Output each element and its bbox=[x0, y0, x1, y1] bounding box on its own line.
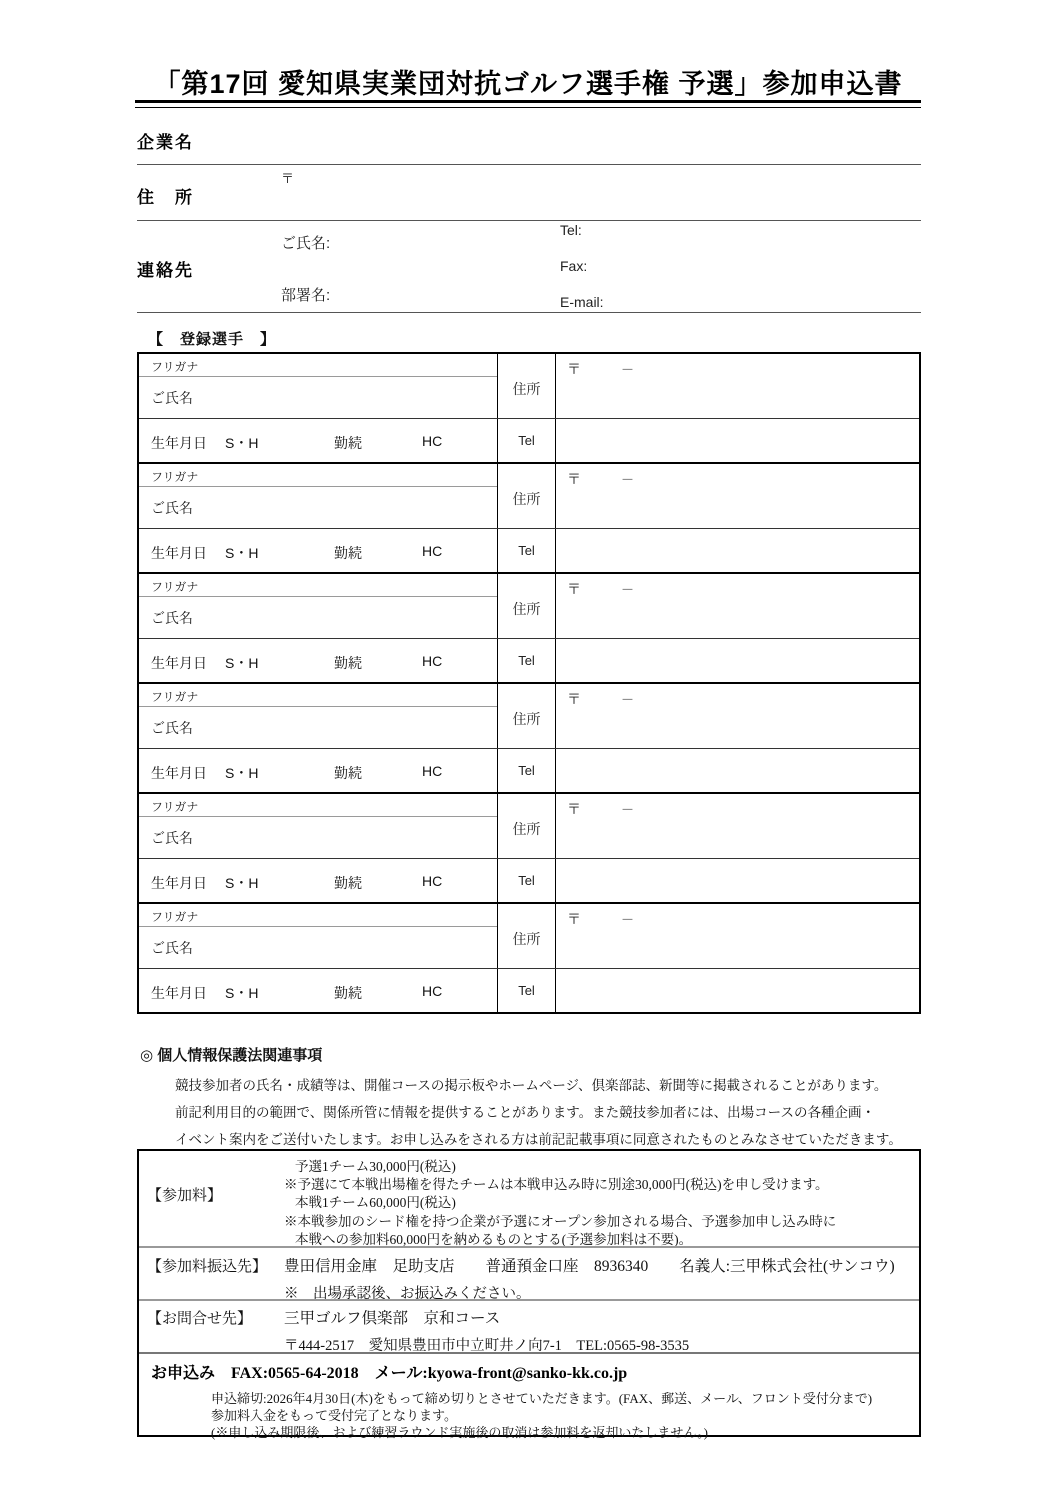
company-address-field[interactable] bbox=[300, 168, 915, 216]
player-tel-field[interactable] bbox=[559, 420, 917, 460]
birthdate-label: 生年月日 bbox=[151, 653, 207, 673]
player-address-label: 住所 bbox=[497, 599, 556, 619]
furigana-field[interactable] bbox=[224, 574, 496, 596]
player-name-label: ご氏名 bbox=[151, 938, 193, 958]
row-divider bbox=[139, 748, 919, 749]
service-years-field[interactable] bbox=[371, 640, 419, 680]
player-address-field[interactable] bbox=[559, 464, 917, 526]
privacy-line: 前記利用目的の範囲で、関係所管に情報を提供することがあります。また競技参加者には… bbox=[175, 1101, 875, 1121]
era-label: S・H bbox=[225, 983, 258, 1003]
birthdate-field[interactable] bbox=[259, 860, 329, 900]
furigana-field[interactable] bbox=[224, 464, 496, 486]
player-name-field[interactable] bbox=[224, 378, 496, 416]
transfer-label: 【参加料振込先】 bbox=[147, 1255, 267, 1276]
furigana-row-divider bbox=[139, 486, 497, 487]
handicap-field[interactable] bbox=[449, 530, 495, 570]
birthdate-field[interactable] bbox=[259, 530, 329, 570]
furigana-label: フリガナ bbox=[151, 908, 198, 925]
row-divider bbox=[139, 528, 919, 529]
service-years-field[interactable] bbox=[371, 420, 419, 460]
furigana-label: フリガナ bbox=[151, 358, 198, 375]
application-form-page: 「第17回 愛知県実業団対抗ゴルフ選手権 予選」参加申込書 企業名 住 所 〒 … bbox=[0, 0, 1058, 1497]
player-tel-field[interactable] bbox=[559, 970, 917, 1010]
row-divider bbox=[139, 968, 919, 969]
service-years-label: 勤続 bbox=[334, 433, 362, 453]
player-address-label: 住所 bbox=[497, 489, 556, 509]
service-years-field[interactable] bbox=[371, 750, 419, 790]
handicap-label: HC bbox=[422, 543, 442, 559]
handicap-field[interactable] bbox=[449, 860, 495, 900]
player-block: フリガナ ご氏名 生年月日 S・H 勤続 HC 住所 Tel 〒 － bbox=[139, 684, 919, 794]
company-postal-mark: 〒 bbox=[281, 168, 294, 187]
player-name-field[interactable] bbox=[224, 818, 496, 856]
player-name-field[interactable] bbox=[224, 598, 496, 636]
privacy-heading: ◎ 個人情報保護法関連事項 bbox=[140, 1044, 322, 1065]
furigana-field[interactable] bbox=[224, 904, 496, 926]
row-divider bbox=[139, 858, 919, 859]
player-tel-field[interactable] bbox=[559, 530, 917, 570]
player-name-label: ご氏名 bbox=[151, 608, 193, 628]
player-address-field[interactable] bbox=[559, 354, 917, 416]
era-label: S・H bbox=[225, 873, 258, 893]
player-address-field[interactable] bbox=[559, 794, 917, 856]
furigana-row-divider bbox=[139, 706, 497, 707]
contact-fax-label: Fax: bbox=[560, 258, 587, 274]
furigana-row-divider bbox=[139, 816, 497, 817]
fee-label: 【参加料】 bbox=[147, 1184, 222, 1205]
birthdate-label: 生年月日 bbox=[151, 543, 207, 563]
players-section-heading: 【 登録選手 】 bbox=[148, 328, 276, 349]
player-tel-field[interactable] bbox=[559, 750, 917, 790]
furigana-field[interactable] bbox=[224, 794, 496, 816]
birthdate-field[interactable] bbox=[259, 750, 329, 790]
handicap-field[interactable] bbox=[449, 420, 495, 460]
handicap-field[interactable] bbox=[449, 750, 495, 790]
birthdate-label: 生年月日 bbox=[151, 873, 207, 893]
handicap-label: HC bbox=[422, 433, 442, 449]
contact-tel-label: Tel: bbox=[560, 222, 582, 238]
era-label: S・H bbox=[225, 763, 258, 783]
contact-tel-field[interactable] bbox=[600, 220, 900, 242]
player-tel-label: Tel bbox=[497, 763, 556, 778]
player-block: フリガナ ご氏名 生年月日 S・H 勤続 HC 住所 Tel 〒 － bbox=[139, 574, 919, 684]
era-label: S・H bbox=[225, 543, 258, 563]
service-years-field[interactable] bbox=[371, 970, 419, 1010]
player-name-label: ご氏名 bbox=[151, 828, 193, 848]
birthdate-field[interactable] bbox=[259, 970, 329, 1010]
player-address-field[interactable] bbox=[559, 684, 917, 746]
player-name-field[interactable] bbox=[224, 488, 496, 526]
company-address-label: 住 所 bbox=[137, 183, 194, 208]
furigana-row-divider bbox=[139, 926, 497, 927]
contact-name-field[interactable] bbox=[345, 230, 535, 254]
birthdate-label: 生年月日 bbox=[151, 983, 207, 1003]
fee-line: 予選1チーム30,000円(税込) bbox=[295, 1155, 456, 1175]
page-title: 「第17回 愛知県実業団対抗ゴルフ選手権 予選」参加申込書 bbox=[135, 62, 921, 101]
service-years-label: 勤続 bbox=[334, 653, 362, 673]
handicap-field[interactable] bbox=[449, 640, 495, 680]
contact-email-field[interactable] bbox=[620, 292, 900, 314]
service-years-field[interactable] bbox=[371, 860, 419, 900]
player-tel-field[interactable] bbox=[559, 860, 917, 900]
handicap-label: HC bbox=[422, 983, 442, 999]
row-divider bbox=[139, 638, 919, 639]
handicap-field[interactable] bbox=[449, 970, 495, 1010]
birthdate-label: 生年月日 bbox=[151, 763, 207, 783]
player-name-label: ご氏名 bbox=[151, 388, 193, 408]
furigana-row-divider bbox=[139, 596, 497, 597]
service-years-label: 勤続 bbox=[334, 763, 362, 783]
transfer-account: 豊田信用金庫 足助支店 普通預金口座 8936340 名義人:三甲株式会社(サン… bbox=[284, 1254, 895, 1276]
contact-name-label: ご氏名: bbox=[281, 232, 330, 253]
furigana-label: フリガナ bbox=[151, 688, 198, 705]
player-address-label: 住所 bbox=[497, 929, 556, 949]
title-underline-thin bbox=[135, 107, 921, 108]
player-tel-label: Tel bbox=[497, 433, 556, 448]
player-tel-field[interactable] bbox=[559, 640, 917, 680]
fee-line: 本戦への参加料60,000円を納めるものとする(予選参加料は不要)。 bbox=[295, 1228, 692, 1248]
contact-fax-field[interactable] bbox=[600, 256, 900, 278]
handicap-label: HC bbox=[422, 873, 442, 889]
inquiry-label: 【お問合せ先】 bbox=[147, 1307, 252, 1328]
handicap-label: HC bbox=[422, 763, 442, 779]
furigana-label: フリガナ bbox=[151, 468, 198, 485]
player-address-field[interactable] bbox=[559, 574, 917, 636]
contact-dept-label: 部署名: bbox=[281, 284, 330, 305]
furigana-row-divider bbox=[139, 376, 497, 377]
privacy-line: イベント案内をご送付いたします。お申し込みをされる方は前記記載事項に同意されたも… bbox=[175, 1128, 902, 1148]
furigana-field[interactable] bbox=[224, 684, 496, 706]
player-name-label: ご氏名 bbox=[151, 718, 193, 738]
apply-heading: お申込み FAX:0565-64-2018 メール:kyowa-front@sa… bbox=[151, 1360, 627, 1383]
furigana-label: フリガナ bbox=[151, 578, 198, 595]
player-block: フリガナ ご氏名 生年月日 S・H 勤続 HC 住所 Tel 〒 － bbox=[139, 354, 919, 464]
service-years-label: 勤続 bbox=[334, 983, 362, 1003]
furigana-field[interactable] bbox=[224, 354, 496, 376]
player-address-label: 住所 bbox=[497, 709, 556, 729]
contact-email-label: E-mail: bbox=[560, 294, 604, 310]
players-table: フリガナ ご氏名 生年月日 S・H 勤続 HC 住所 Tel 〒 － フリガナ bbox=[137, 352, 921, 1014]
player-block: フリガナ ご氏名 生年月日 S・H 勤続 HC 住所 Tel 〒 － bbox=[139, 904, 919, 1012]
player-name-field[interactable] bbox=[224, 928, 496, 966]
info-box: 【参加料】 予選1チーム30,000円(税込) ※予選にて本戦出場権を得たチーム… bbox=[137, 1149, 921, 1437]
birthdate-field[interactable] bbox=[259, 640, 329, 680]
player-address-label: 住所 bbox=[497, 379, 556, 399]
apply-line: (※申し込み期限後、および練習ラウンド実施後の取消は参加料を返却いたしません。) bbox=[211, 1422, 708, 1441]
era-label: S・H bbox=[225, 653, 258, 673]
player-tel-label: Tel bbox=[497, 543, 556, 558]
player-address-label: 住所 bbox=[497, 819, 556, 839]
birthdate-field[interactable] bbox=[259, 420, 329, 460]
player-name-field[interactable] bbox=[224, 708, 496, 746]
title-underline-thick bbox=[135, 100, 921, 103]
furigana-label: フリガナ bbox=[151, 798, 198, 815]
privacy-line: 競技参加者の氏名・成績等は、開催コースの掲示板やホームページ、倶楽部誌、新聞等に… bbox=[175, 1074, 887, 1094]
contact-label: 連絡先 bbox=[137, 256, 194, 281]
player-tel-label: Tel bbox=[497, 653, 556, 668]
company-name-label: 企業名 bbox=[137, 128, 194, 153]
player-tel-label: Tel bbox=[497, 873, 556, 888]
service-years-label: 勤続 bbox=[334, 543, 362, 563]
inquiry-name: 三甲ゴルフ倶楽部 京和コース bbox=[284, 1306, 500, 1328]
info-box-divider bbox=[139, 1352, 919, 1354]
player-name-label: ご氏名 bbox=[151, 498, 193, 518]
birthdate-label: 生年月日 bbox=[151, 433, 207, 453]
player-block: フリガナ ご氏名 生年月日 S・H 勤続 HC 住所 Tel 〒 － bbox=[139, 464, 919, 574]
info-box-divider bbox=[139, 1299, 919, 1301]
info-box-divider bbox=[139, 1246, 919, 1248]
player-address-field[interactable] bbox=[559, 904, 917, 966]
player-tel-label: Tel bbox=[497, 983, 556, 998]
fee-line: ※予選にて本戦出場権を得たチームは本戦申込み時に別途30,000円(税込)を申し… bbox=[284, 1173, 829, 1193]
service-years-field[interactable] bbox=[371, 530, 419, 570]
contact-dept-field[interactable] bbox=[345, 282, 535, 306]
company-row-divider bbox=[137, 164, 921, 165]
fee-line: ※本戦参加のシード権を持つ企業が予選にオープン参加される場合、予選参加申し込み時… bbox=[284, 1210, 836, 1230]
era-label: S・H bbox=[225, 433, 258, 453]
service-years-label: 勤続 bbox=[334, 873, 362, 893]
handicap-label: HC bbox=[422, 653, 442, 669]
contact-row-divider bbox=[137, 312, 921, 313]
row-divider bbox=[139, 418, 919, 419]
company-name-field[interactable] bbox=[320, 124, 915, 160]
player-block: フリガナ ご氏名 生年月日 S・H 勤続 HC 住所 Tel 〒 － bbox=[139, 794, 919, 904]
fee-line: 本戦1チーム60,000円(税込) bbox=[295, 1191, 456, 1211]
